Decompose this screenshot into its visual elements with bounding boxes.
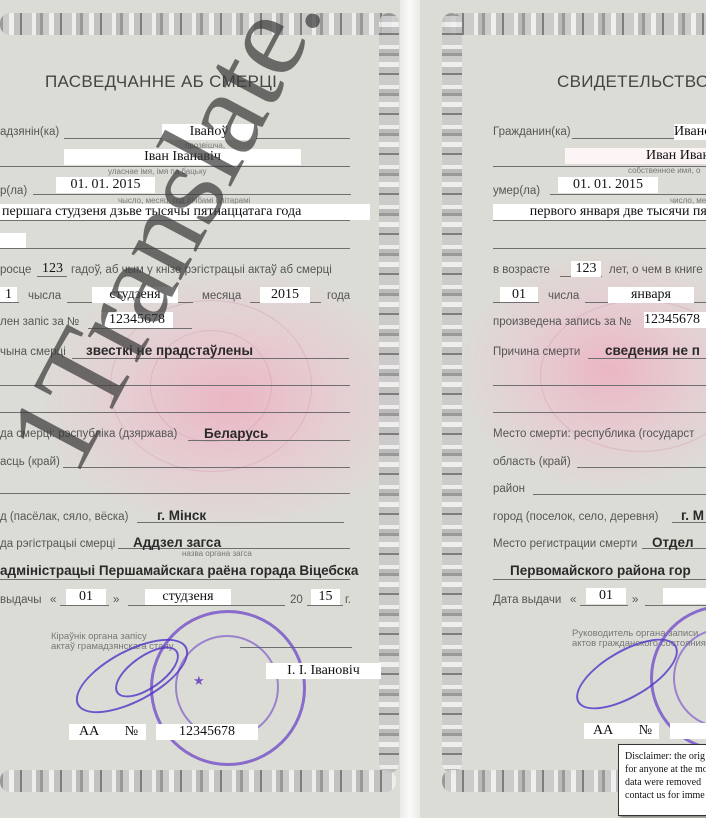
disclaimer-box: Disclaimer: the orig for anyone at the m… — [618, 744, 706, 816]
label-place-country: Место смерти: республика (государст — [493, 428, 694, 440]
label-died: р(ла) — [0, 185, 27, 197]
certificate-number: 12 — [670, 723, 706, 739]
field-issue-day: 01 — [66, 589, 106, 605]
guilloche-border-top — [442, 13, 706, 35]
field-issue-month — [663, 588, 706, 604]
field-death-date-words: першага студзеня дзьве тысячы пятнаццата… — [0, 204, 370, 220]
field-age: 123 — [38, 261, 67, 277]
field-given-names: Іван Іванавіч — [64, 149, 301, 165]
label-citizen: Гражданин(ка) — [493, 126, 571, 138]
label-age-suffix: гадоў, аб чым у кнізе рэгістрацыі актаў … — [71, 264, 332, 276]
label-citizen: адзянін(ка) — [0, 126, 59, 138]
page-title: СВИДЕТЕЛЬСТВО — [557, 72, 706, 92]
field-cause: сведения не п — [605, 343, 700, 358]
label-place-country: да смерці: рэспубліка (дзяржава) — [0, 428, 177, 440]
label-age-prefix: в возрасте — [493, 264, 550, 276]
field-record-number: 12345678 — [644, 312, 706, 328]
guilloche-border-right — [379, 13, 399, 773]
field-age: 123 — [571, 261, 601, 277]
label-district: район — [493, 483, 525, 495]
field-death-date: 01. 01. 2015 — [56, 177, 155, 193]
field-death-date: 01. 01. 2015 — [558, 177, 658, 193]
field-record-month: студзеня — [92, 287, 178, 303]
label-region: область (край) — [493, 456, 571, 468]
guilloche-border-bottom — [442, 770, 642, 792]
label-city: город (поселок, село, деревня) — [493, 511, 658, 523]
label-registration-place: Место регистрации смерти — [493, 538, 637, 550]
certificate-series: АА № — [69, 724, 146, 740]
field-issue-month: студзеня — [145, 589, 231, 605]
label-issue-date: выдачы — [0, 594, 42, 606]
page-gutter — [400, 0, 420, 818]
field-record-day: 1 — [0, 287, 17, 303]
field-record-month: января — [608, 287, 694, 303]
field-cause: звесткі не прадстаўлены — [86, 343, 253, 358]
field-registry-office-cont: адміністрацыі Першамайскага раёна горада… — [0, 563, 358, 578]
field-given-names: Иван Иван — [565, 148, 706, 164]
certificate-page-russian: СВИДЕТЕЛЬСТВО Гражданин(ка) Иванов Иван … — [420, 0, 706, 818]
field-issue-day: 01 — [586, 588, 626, 604]
field-registry-office: Отдел — [652, 535, 694, 550]
guilloche-border-bottom — [0, 770, 396, 792]
field-issue-year: 15 — [311, 589, 340, 605]
label-region: асць (край) — [0, 456, 60, 468]
label-registration-place: да рэгістрацыі смерці — [0, 538, 115, 550]
certificate-series: АА № — [584, 723, 659, 739]
guilloche-border-top — [0, 13, 396, 35]
field-surname: Иванов — [674, 124, 706, 140]
label-cause: чына смерці — [0, 346, 66, 358]
label-record: лен запіс за № — [0, 316, 79, 328]
page-title: ПАСВЕДЧАННЕ АБ СМЕРЦІ — [45, 72, 277, 92]
field-death-date-words: первого января две тысячи пят — [493, 204, 706, 220]
field-registry-office-cont: Первомайского района гор — [510, 563, 691, 578]
guilloche-border-left — [442, 13, 462, 773]
field-surname: Іваноў — [162, 124, 256, 140]
field-record-day: 01 — [500, 287, 538, 303]
certificate-number: 12345678 — [156, 724, 258, 740]
field-record-year: 2015 — [260, 287, 310, 303]
field-city: г. М — [681, 508, 704, 523]
field-head-name: І. І. Івановіч — [266, 663, 381, 679]
field-blank — [0, 233, 26, 249]
certificate-page-belarusian: ПАСВЕДЧАННЕ АБ СМЕРЦІ адзянін(ка) Іваноў… — [0, 0, 400, 818]
label-cause: Причина смерти — [493, 346, 580, 358]
official-stamp: ★ — [150, 610, 306, 766]
field-registry-office: Аддзел загса — [133, 535, 221, 550]
label-issue-date: Дата выдачи — [493, 594, 561, 606]
label-city: д (пасёлак, сяло, вёска) — [0, 511, 128, 523]
field-country: Беларусь — [204, 426, 268, 441]
field-record-number: 12345678 — [101, 312, 173, 328]
label-record: произведена запись за № — [493, 316, 631, 328]
field-city: г. Мінск — [157, 508, 206, 523]
label-age-prefix: росце — [0, 264, 31, 276]
label-died: умер(ла) — [493, 185, 540, 197]
